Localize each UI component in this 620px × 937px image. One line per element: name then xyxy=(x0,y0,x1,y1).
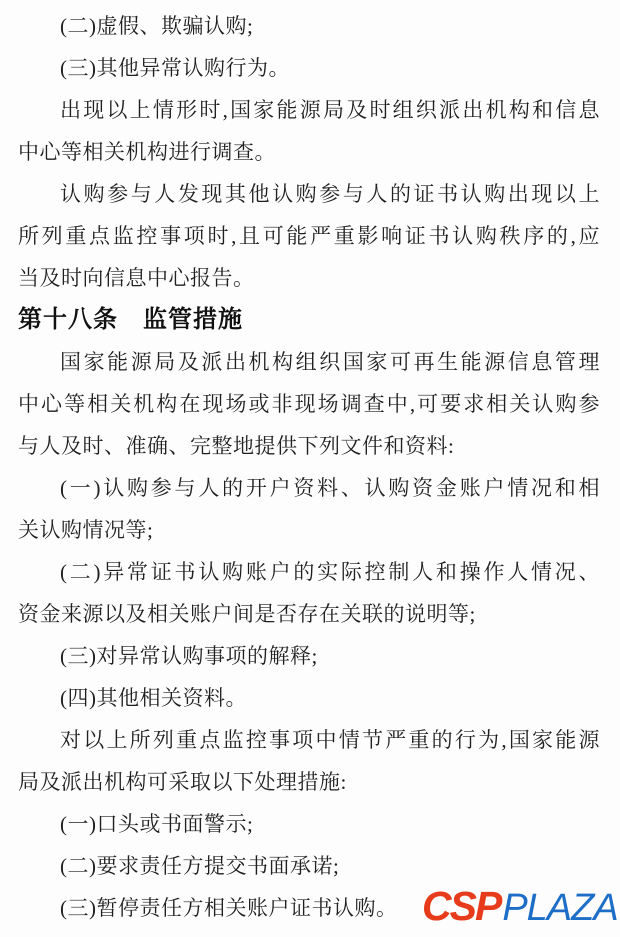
document-line: (三)对异常认购事项的解释; xyxy=(18,635,600,677)
document-line: 当及时向信息中心报告。 xyxy=(18,257,600,299)
document-line: (一)口头或书面警示; xyxy=(18,803,600,845)
document-page: (二)虚假、欺骗认购;(三)其他异常认购行为。出现以上情形时,国家能源局及时组织… xyxy=(0,0,620,929)
logo-plaza-text: PLAZA xyxy=(502,889,617,927)
document-line: (二)虚假、欺骗认购; xyxy=(18,5,600,47)
document-line: 资金来源以及相关账户间是否存在关联的说明等; xyxy=(18,593,600,635)
document-line: 中心等相关机构在现场或非现场调查中,可要求相关认购参 xyxy=(18,383,600,425)
document-line: (一)认购参与人的开户资料、认购资金账户情况和相 xyxy=(18,467,600,509)
section-heading: 第十八条 监管措施 xyxy=(18,299,600,341)
document-line: (二)要求责任方提交书面承诺; xyxy=(18,845,600,887)
document-line: 关认购情况等; xyxy=(18,509,600,551)
document-line: 对以上所列重点监控事项中情节严重的行为,国家能源 xyxy=(18,719,600,761)
document-line: 出现以上情形时,国家能源局及时组织派出机构和信息 xyxy=(18,89,600,131)
document-line: (四)其他相关资料。 xyxy=(18,677,600,719)
document-line: 中心等相关机构进行调查。 xyxy=(18,131,600,173)
document-line: 国家能源局及派出机构组织国家可再生能源信息管理 xyxy=(18,341,600,383)
document-line: (三)其他异常认购行为。 xyxy=(18,47,600,89)
document-line: 局及派出机构可采取以下处理措施: xyxy=(18,761,600,803)
logo-csp-text: CSP xyxy=(422,886,500,927)
csp-plaza-logo: CSP PLAZA xyxy=(422,886,618,927)
document-line: 认购参与人发现其他认购参与人的证书认购出现以上 xyxy=(18,173,600,215)
document-line: 所列重点监控事项时,且可能严重影响证书认购秩序的,应 xyxy=(18,215,600,257)
document-line: 与人及时、准确、完整地提供下列文件和资料: xyxy=(18,425,600,467)
document-line: (二)异常证书认购账户的实际控制人和操作人情况、 xyxy=(18,551,600,593)
